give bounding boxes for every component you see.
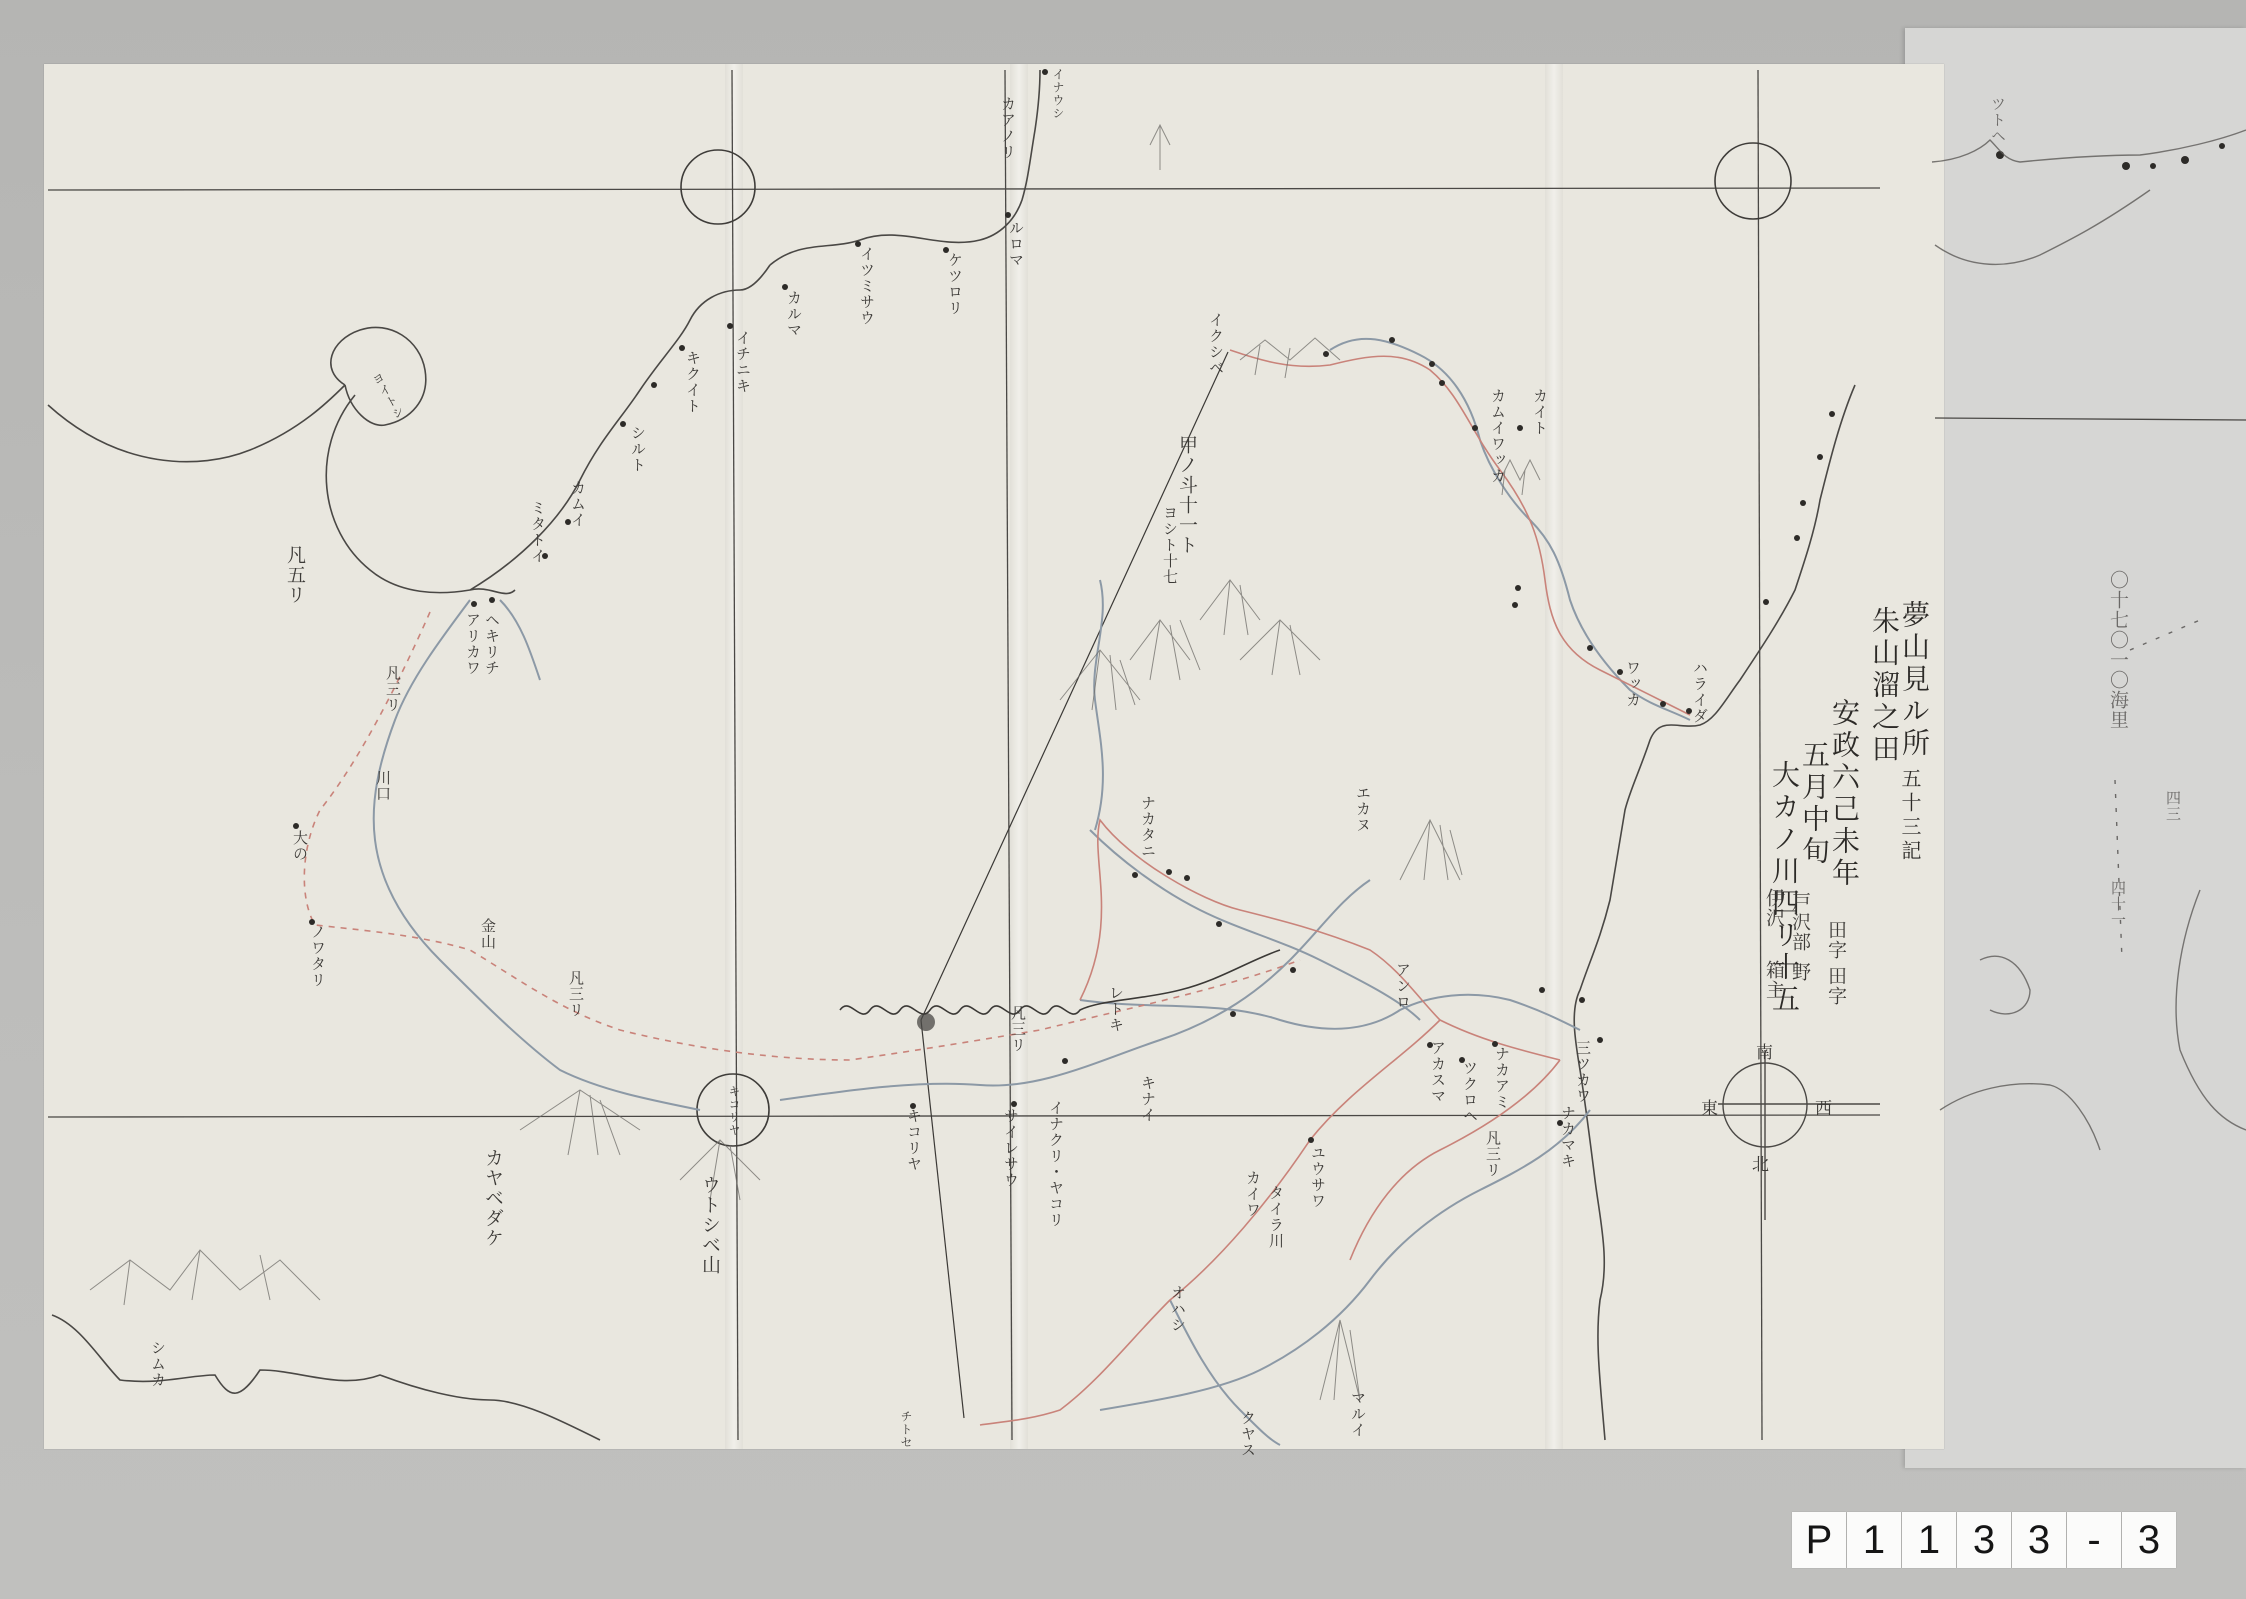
mountain-label: ウトシベ山 xyxy=(700,1175,719,1275)
scale-note: 凡五リ xyxy=(285,545,304,605)
tissue-label: 四三 xyxy=(2165,790,2180,822)
place-label: アンロ xyxy=(1395,962,1410,1010)
signatory: 田字 xyxy=(1826,920,1845,960)
specimen-tag: P 1 1 3 3 - 3 xyxy=(1792,1512,2176,1568)
place-label: チトセ xyxy=(900,1410,912,1449)
tag-char: P xyxy=(1792,1512,1846,1568)
inscription-col: 五十三記 xyxy=(1900,768,1920,864)
place-label: シルト xyxy=(630,425,645,473)
mountain-label: カヤベダケ xyxy=(483,1148,502,1248)
compass-west: 西 xyxy=(1815,1094,1832,1119)
place-label: ナカアミ xyxy=(1494,1046,1509,1110)
place-label: シムカ xyxy=(150,1340,165,1388)
signatory: 箱主 xyxy=(1764,960,1783,1000)
place-label: サイレサウ xyxy=(1003,1108,1018,1188)
signatory: 野 xyxy=(1790,962,1809,982)
place-label: ヘキリチ xyxy=(484,612,499,676)
place-label: キナイ xyxy=(1140,1075,1155,1123)
scale-note: 凡三リ xyxy=(1485,1130,1500,1178)
compass-rose xyxy=(1718,1050,1880,1220)
place-label: アカスマ xyxy=(1430,1040,1445,1104)
tag-char: 1 xyxy=(1847,1512,1901,1568)
place-label: イナクリ・ヤコリ xyxy=(1048,1100,1063,1228)
route-lines xyxy=(980,350,1690,1425)
survey-note: 甲ノ斗十一ト xyxy=(1177,435,1196,555)
central-marker xyxy=(840,950,1280,1031)
place-label: ノワタリ xyxy=(310,924,325,988)
compass-east: 東 xyxy=(1701,1094,1718,1119)
place-label: ハライダ xyxy=(1692,660,1707,724)
scale-note: 凡三リ xyxy=(568,970,583,1018)
inscription-col: 安政六己未年 xyxy=(1830,698,1858,890)
tag-char: - xyxy=(2067,1512,2121,1568)
signatory: 戸沢部 xyxy=(1790,892,1809,952)
place-label: カムイワッカ xyxy=(1490,388,1505,484)
compass-south: 南 xyxy=(1756,1038,1773,1063)
place-label: レトキ xyxy=(1108,985,1123,1033)
place-label: ナカタニ xyxy=(1140,795,1155,859)
tissue-label: 〇十七〇一〇海里 xyxy=(2108,570,2127,730)
place-label: キクイト xyxy=(685,350,700,414)
place-label: キコリヤ xyxy=(906,1108,921,1172)
place-label: 大の xyxy=(292,830,307,862)
place-label: キコリヤ xyxy=(728,1085,740,1137)
place-label: 三ツカワ xyxy=(1575,1040,1590,1104)
place-label: ナカマキ xyxy=(1560,1105,1575,1169)
place-label: タイラ川 xyxy=(1268,1185,1283,1249)
place-label: イツミサウ xyxy=(859,246,874,326)
tag-char: 3 xyxy=(1957,1512,2011,1568)
place-label: アリカワ xyxy=(465,612,480,676)
place-label: エカヌ xyxy=(1355,785,1370,833)
place-label: ツクロヘ xyxy=(1462,1060,1477,1124)
inscription-col: 五月中旬 xyxy=(1800,740,1828,868)
inscription-col: 夢山見ル所 xyxy=(1900,600,1928,760)
place-label: カイト xyxy=(1532,388,1547,436)
place-label: ルロマ xyxy=(1008,220,1023,268)
tissue-label: 四十一 xyxy=(2110,880,2125,928)
place-label: ミタトイ xyxy=(530,500,545,564)
place-label: イクシベ xyxy=(1208,312,1223,376)
place-label: ワッカ xyxy=(1625,660,1640,708)
place-label: オハシ xyxy=(1170,1285,1185,1333)
place-label: クヤス xyxy=(1240,1410,1255,1458)
scale-note: 凡三リ xyxy=(1010,1005,1025,1053)
tag-char: 1 xyxy=(1902,1512,1956,1568)
scale-note: 凡三リ xyxy=(385,665,400,713)
compass-north: 北 xyxy=(1752,1150,1769,1175)
signatory: 伊沢 xyxy=(1764,888,1783,928)
tag-char: 3 xyxy=(2122,1512,2176,1568)
place-label: 金山 xyxy=(480,918,495,950)
place-label: カルマ xyxy=(786,290,801,338)
place-label: カイワ xyxy=(1245,1170,1260,1218)
tissue-sketch xyxy=(1932,130,2246,1150)
tissue-label: ツトヘ xyxy=(1990,96,2005,144)
place-label: カアノリ xyxy=(1000,96,1015,160)
signatory: 田字 xyxy=(1826,966,1845,1006)
inscription-col: 朱山溜之田 xyxy=(1870,606,1898,766)
survey-note: ヨシト十七 xyxy=(1162,505,1177,585)
place-label: 川口 xyxy=(375,770,390,802)
graticule-circles xyxy=(681,143,1791,1146)
place-label: ケツロリ xyxy=(947,252,962,316)
place-label: イナウシ xyxy=(1052,68,1064,120)
place-label: ユウサワ xyxy=(1310,1145,1325,1209)
mountain-label: マルイ xyxy=(1350,1390,1365,1438)
place-label: イチニキ xyxy=(735,330,750,394)
tag-char: 3 xyxy=(2012,1512,2066,1568)
place-label: カムイ xyxy=(570,480,585,528)
